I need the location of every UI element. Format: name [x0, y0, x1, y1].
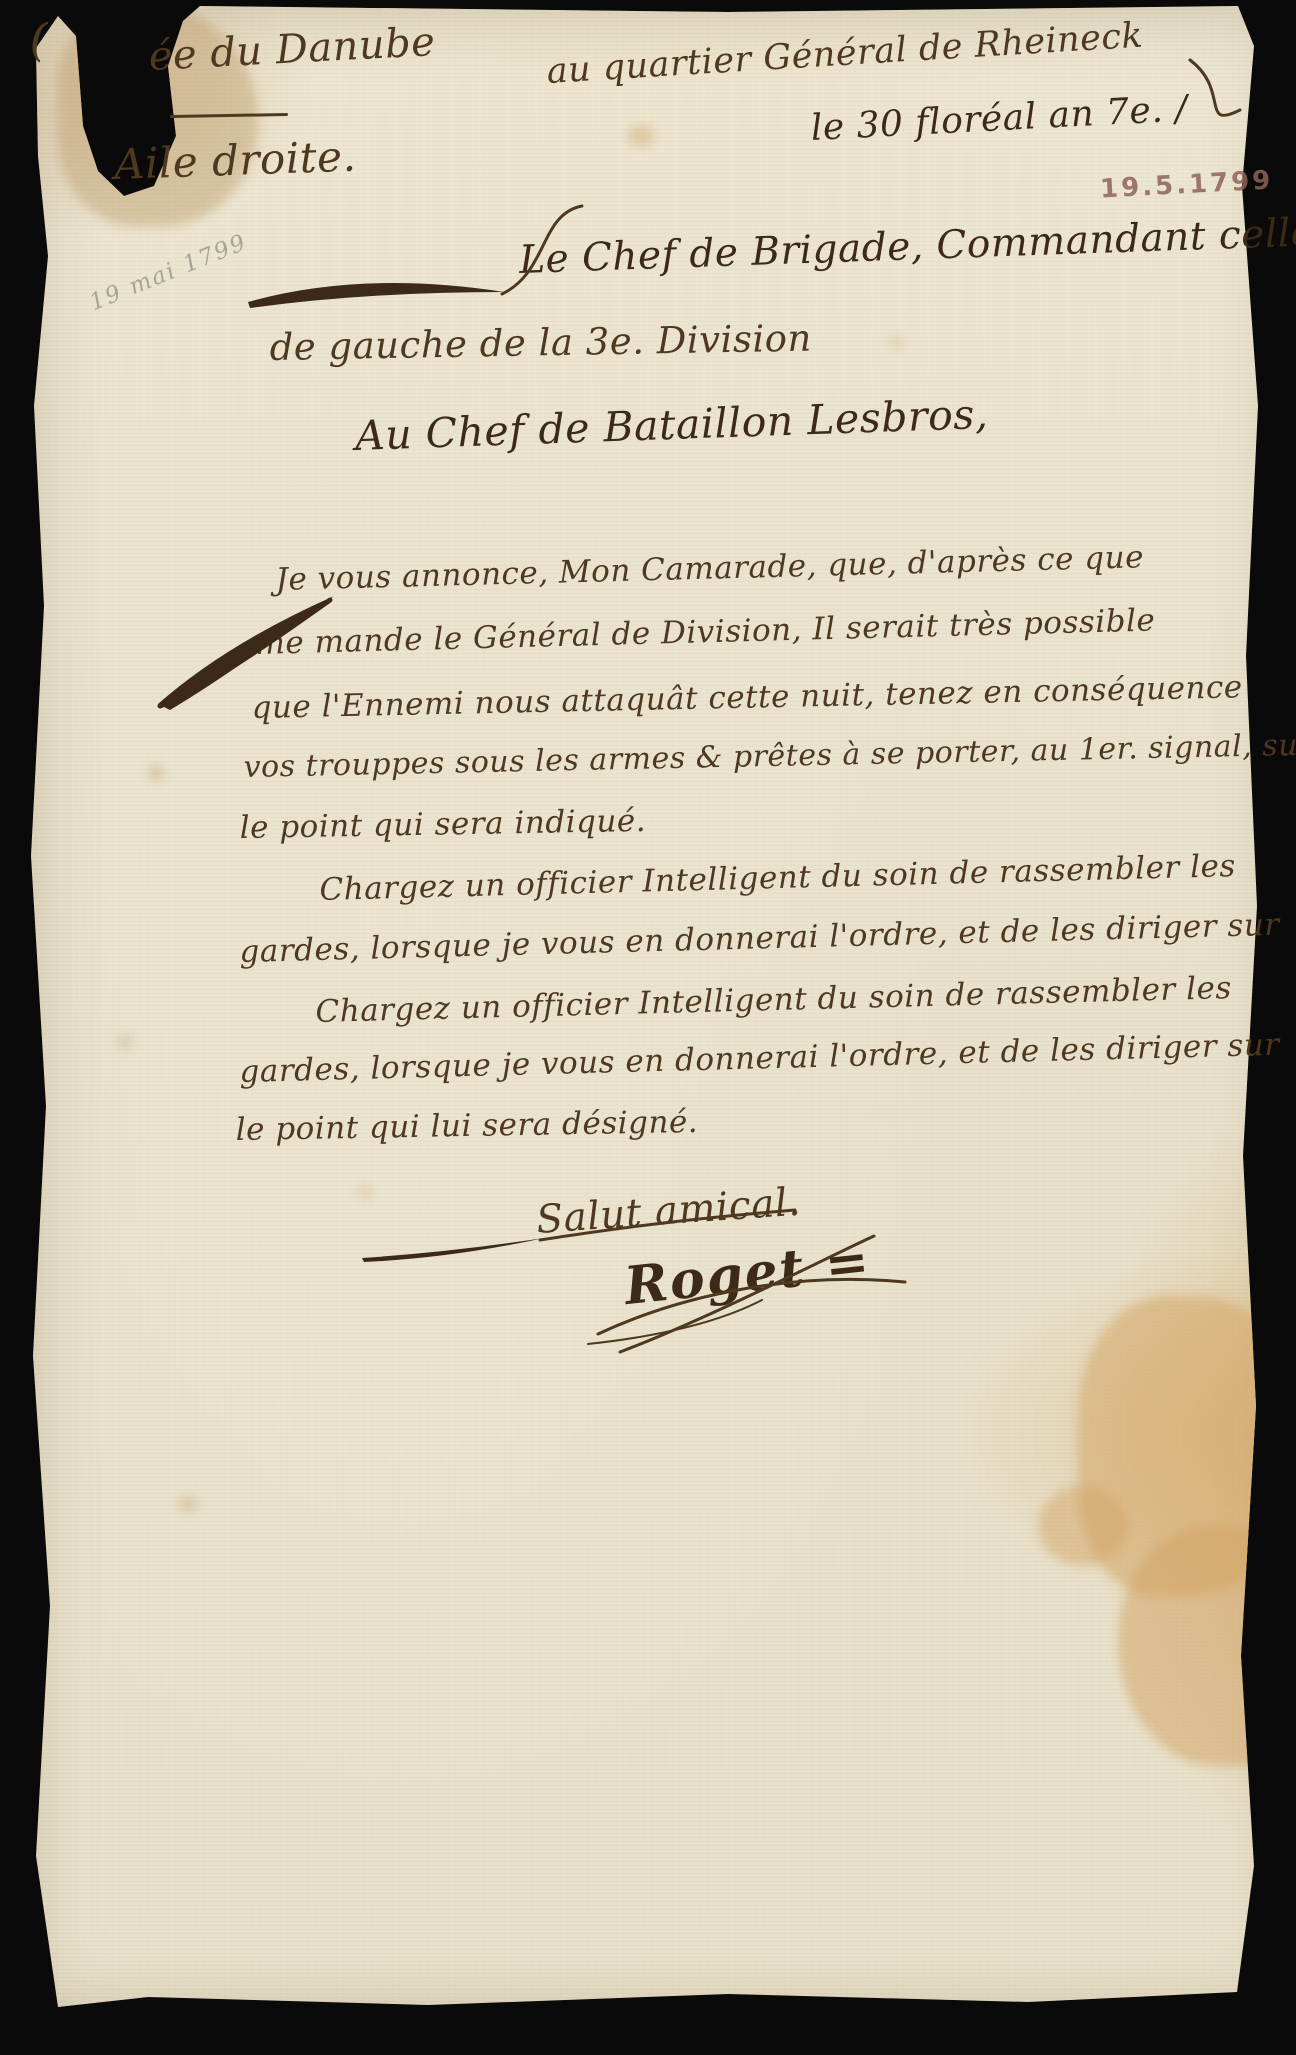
water-stain-large-lower — [1118, 1526, 1296, 1766]
photograph-background: ( ée du Danube Aile droite. au quartier … — [0, 0, 1296, 2055]
foxing-spot — [888, 336, 904, 348]
foxing-spot — [358, 1186, 372, 1198]
water-stain-lobe — [1038, 1486, 1128, 1566]
foxing-spot — [628, 126, 654, 146]
wing-line: Aile droite. — [113, 132, 357, 189]
foxing-spot — [148, 766, 164, 780]
water-stain-large — [1078, 1296, 1296, 1596]
body-line: le point qui sera indiqué. — [239, 803, 646, 846]
foxing-spot — [118, 1036, 132, 1048]
foxing-spot — [178, 1496, 198, 1512]
